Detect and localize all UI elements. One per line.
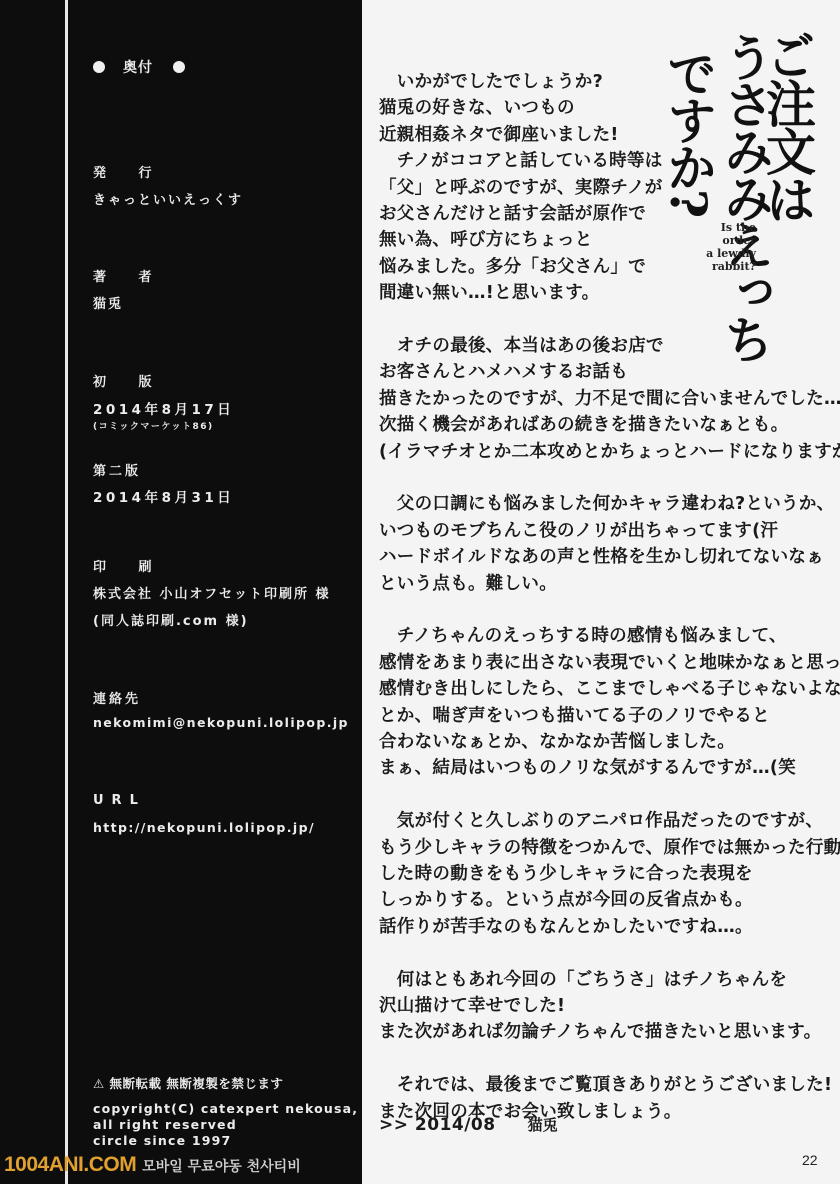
afterword-line: した時の動きをもう少しキャラに合った表現を [379,860,753,885]
watermark-tagline: 모바일 무료야동 천사티비 [142,1156,301,1176]
afterword-line: 感情をあまり表に出さない表現でいくと地味かなぁと思って [379,649,840,674]
title-column-3: ですか? [663,48,713,215]
bullet-icon [173,61,185,73]
afterword-line: また次があれば勿論チノちゃんで描きたいと思います。 [379,1018,821,1043]
copyright-line-1: copyright(C) catexpert nekousa, [93,1101,358,1116]
url-link[interactable]: http://nekopuni.lolipop.jp/ [93,820,315,835]
afterword-line: 気が付くと久しぶりのアニパロ作品だったのですが、 [379,807,823,832]
copyright-line-3: circle since 1997 [93,1133,231,1148]
afterword-line: お客さんとハメハメするお話も [379,358,628,383]
english-subtitle: Is the order a lewdly rabbit? [666,221,756,273]
afterword-line: という点も。難しい。 [379,570,557,595]
bullet-icon [93,61,105,73]
second-edition-label: 第二版 [93,460,141,479]
afterword-line: チノちゃんのえっちする時の感情も悩みまして、 [379,622,787,647]
first-edition-date: 2014年8月17日 [93,398,234,418]
signoff-date: >> 2014/08 [379,1115,496,1135]
printer-value: 株式会社 小山オフセット印刷所 様 [93,583,331,602]
publisher-label: 発 行 [93,162,166,181]
afterword-line: 感情むき出しにしたら、ここまでしゃべる子じゃないよなぁ [379,675,840,700]
author-label: 著 者 [93,266,166,285]
author-value: 猫兎 [93,293,123,312]
afterword-line: 沢山描けて幸せでした! [379,992,565,1017]
afterword-line: 猫兎の好きな、いつもの [379,94,575,119]
afterword-line: 間違い無い…!と思います。 [379,279,599,304]
signoff-author: 猫兎 [528,1114,558,1135]
afterword-line: 合わないなぁとか、なかなか苦悩しました。 [379,728,735,753]
first-edition-event: (コミックマーケット86) [93,419,214,432]
afterword-line: (イラマチオとか二本攻めとかちょっとハードになりますが) [379,438,840,463]
afterword-line: 無い為、呼び方にちょっと [379,226,593,251]
afterword-line: ハードボイルドなあの声と性格を生かし切れてないなぁ [379,543,824,568]
subtitle-line: Is the [666,221,756,234]
afterword-line: もう少しキャラの特徴をつかんで、原作では無かった行動を [379,834,840,859]
afterword-line: 近親相姦ネタで御座いました! [379,121,619,146]
second-edition-date: 2014年8月31日 [93,486,234,506]
subtitle-line: a lewdly [666,247,756,260]
printer-label: 印 刷 [93,556,166,575]
signoff: >> 2014/08 猫兎 [379,1114,558,1135]
afterword-line: 何はともあれ今回の「ごちうさ」はチノちゃんを [379,966,787,991]
afterword-line: しっかりする。という点が今回の反省点かも。 [379,886,753,911]
afterword-line: 悩みました。多分「お父さん」で [379,253,646,278]
copyright-warning: ⚠ 無断転載 無断複製を禁じます [93,1074,283,1092]
afterword-line: とか、喘ぎ声をいつも描いてる子のノリでやると [379,702,770,727]
subtitle-line: order [666,234,756,247]
printer-alt-value: (同人誌印刷.com 様) [93,610,249,629]
afterword-line: 次描く機会があればあの続きを描きたいなぁとも。 [379,411,788,436]
watermark: 1004ANI.COM 모바일 무료야동 천사티비 [4,1153,301,1177]
title-column-2: うさみみえっち [720,32,770,361]
colophon-heading: 奥付 [93,57,185,77]
copyright-line-2: all right reserved [93,1117,237,1132]
vertical-rule [65,0,68,1184]
first-edition-label: 初 版 [93,371,166,390]
afterword-line: 父の口調にも悩みました何かキャラ違わね?というか、 [379,490,834,515]
afterword-line: まぁ、結局はいつものノリな気がするんですが…(笑 [379,754,796,779]
afterword-line: お父さんだけと話す会話が原作で [379,200,646,225]
afterword-line: それでは、最後までご覧頂きありがとうございました! [379,1071,832,1096]
page-number: 22 [802,1152,818,1168]
contact-email[interactable]: nekomimi@nekopuni.lolipop.jp [93,715,349,730]
colophon-heading-text: 奥付 [123,57,153,77]
afterword-line: 「父」と呼ぶのですが、実際チノが [379,174,663,199]
watermark-brand: 1004ANI.COM [4,1153,136,1177]
subtitle-line: rabbit? [666,260,756,273]
url-label: URL [93,793,146,808]
afterword-line: チノがココアと話している時等は [379,147,663,172]
publisher-value: きゃっといいえっくす [93,189,243,208]
afterword-line: 話作りが苦手なのもなんとかしたいですね…。 [379,913,753,938]
afterword-line: いかがでしたでしょうか? [379,68,603,93]
afterword-line: オチの最後、本当はあの後お店で [379,332,664,357]
afterword-line: いつものモブちんこ役のノリが出ちゃってます(汗 [379,517,778,542]
afterword-line: 描きたかったのですが、力不足で間に合いませんでした…… [379,385,840,410]
contact-label: 連絡先 [93,688,141,707]
